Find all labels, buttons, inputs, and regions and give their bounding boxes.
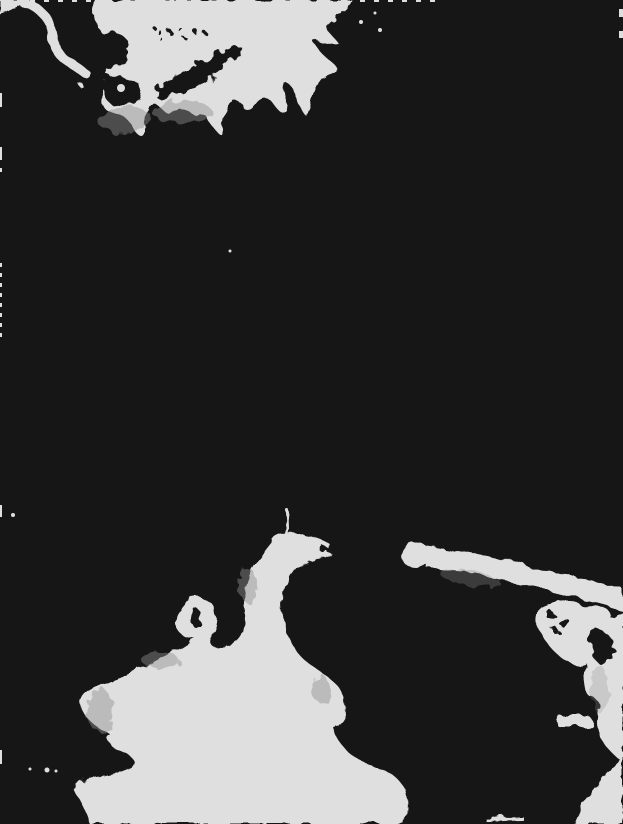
photo-canvas <box>0 0 623 824</box>
black-grain-overlay <box>0 0 623 824</box>
halftone-photo <box>0 0 623 824</box>
